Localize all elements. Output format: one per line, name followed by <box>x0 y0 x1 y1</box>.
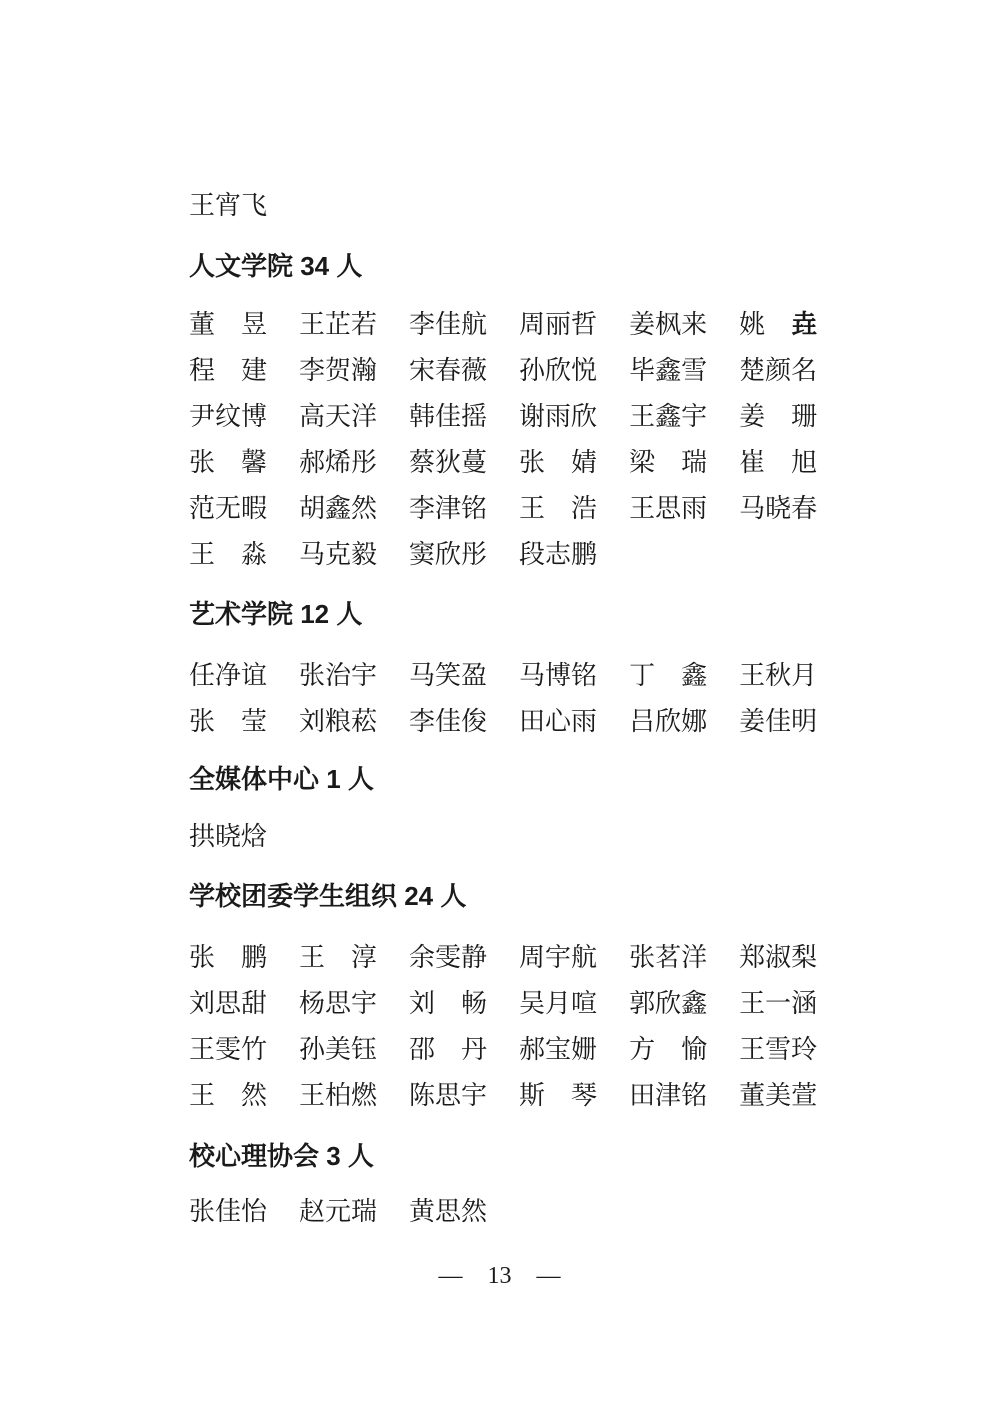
student-name: 张佳怡 <box>189 1199 267 1225</box>
student-name-part-bold: 垚 <box>791 310 817 340</box>
student-name: 郑淑梨 <box>739 945 817 971</box>
student-name: 高天洋 <box>299 404 377 430</box>
student-name: 张治宇 <box>299 663 377 689</box>
name-row: 刘思甜 杨思宇 刘 畅 吴月喧 郭欣鑫 王一涵 <box>189 991 829 1017</box>
student-name: 陈思宇 <box>409 1083 487 1109</box>
student-name: 王一涵 <box>739 991 817 1017</box>
student-name: 段志鹏 <box>519 542 597 568</box>
section-heading-psychology-association: 校心理协会 3 人 <box>189 1143 829 1170</box>
student-name: 赵元瑞 <box>299 1199 377 1225</box>
student-name: 宋春薇 <box>409 358 487 384</box>
name-row: 王雯竹 孙美钰 邵 丹 郝宝姗 方 愉 王雪玲 <box>189 1037 829 1063</box>
student-name: 刘思甜 <box>189 991 267 1017</box>
name-row: 任净谊 张治宇 马笑盈 马博铭 丁 鑫 王秋月 <box>189 663 829 689</box>
student-name: 马克毅 <box>299 542 377 568</box>
page-content: 王宵飞 人文学院 34 人 董 昱 王芷若 李佳航 周丽哲 姜枫来 姚 垚 程 … <box>189 193 829 1225</box>
student-name: 余雯静 <box>409 945 487 971</box>
student-name: 张茗洋 <box>629 945 707 971</box>
document-page: 王宵飞 人文学院 34 人 董 昱 王芷若 李佳航 周丽哲 姜枫来 姚 垚 程 … <box>0 0 999 1414</box>
student-name: 吴月喧 <box>519 991 597 1017</box>
name-row: 张 鹏 王 淳 余雯静 周宇航 张茗洋 郑淑梨 <box>189 945 829 971</box>
student-name: 马笑盈 <box>409 663 487 689</box>
student-name: 郝宝姗 <box>519 1037 597 1063</box>
student-name: 王 浩 <box>519 496 597 522</box>
page-number: 13 <box>488 1262 512 1290</box>
student-name: 范无暇 <box>189 496 267 522</box>
student-name: 郝烯彤 <box>299 450 377 476</box>
student-name: 姜 珊 <box>739 404 817 430</box>
name-row: 张佳怡 赵元瑞 黄思然 <box>189 1199 829 1225</box>
student-name: 周丽哲 <box>519 312 597 338</box>
student-name: 刘 畅 <box>409 991 487 1017</box>
student-name: 韩佳摇 <box>409 404 487 430</box>
student-name: 刘粮菘 <box>299 709 377 735</box>
student-name: 王柏燃 <box>299 1083 377 1109</box>
student-name: 姜枫来 <box>629 312 707 338</box>
student-name: 张 婧 <box>519 450 597 476</box>
student-name: 任净谊 <box>189 663 267 689</box>
student-name: 胡鑫然 <box>299 496 377 522</box>
name-row: 程 建 李贺瀚 宋春薇 孙欣悦 毕鑫雪 楚颜名 <box>189 358 829 384</box>
student-name: 董 昱 <box>189 312 267 338</box>
student-name: 尹纹博 <box>189 404 267 430</box>
section-heading-humanities: 人文学院 34 人 <box>189 253 829 280</box>
student-name: 周宇航 <box>519 945 597 971</box>
student-name: 杨思宇 <box>299 991 377 1017</box>
name-row: 范无暇 胡鑫然 李津铭 王 浩 王思雨 马晓春 <box>189 496 829 522</box>
student-name: 张 鹏 <box>189 945 267 971</box>
student-name: 马晓春 <box>739 496 817 522</box>
student-name: 李佳俊 <box>409 709 487 735</box>
continuation-name: 王宵飞 <box>189 193 829 219</box>
student-name: 李佳航 <box>409 312 487 338</box>
student-name: 张 莹 <box>189 709 267 735</box>
student-name: 王雪玲 <box>739 1037 817 1063</box>
student-name: 李津铭 <box>409 496 487 522</box>
student-name: 蔡狄蔓 <box>409 450 487 476</box>
name-row: 王 然 王柏燃 陈思宇 斯 琴 田津铭 董美萱 <box>189 1083 829 1109</box>
student-name: 田心雨 <box>519 709 597 735</box>
student-name: 丁 鑫 <box>629 663 707 689</box>
student-name: 程 建 <box>189 358 267 384</box>
student-name: 王 淼 <box>189 542 267 568</box>
student-name: 郭欣鑫 <box>629 991 707 1017</box>
student-name: 田津铭 <box>629 1083 707 1109</box>
name-row: 张 莹 刘粮菘 李佳俊 田心雨 吕欣娜 姜佳明 <box>189 709 829 735</box>
student-name: 马博铭 <box>519 663 597 689</box>
student-name: 王 然 <box>189 1083 267 1109</box>
student-name: 斯 琴 <box>519 1083 597 1109</box>
student-name: 王芷若 <box>299 312 377 338</box>
student-name: 拱晓焓 <box>189 824 267 850</box>
student-name: 张 馨 <box>189 450 267 476</box>
student-name: 谢雨欣 <box>519 404 597 430</box>
student-name: 姜佳明 <box>739 709 817 735</box>
name-row: 董 昱 王芷若 李佳航 周丽哲 姜枫来 姚 垚 <box>189 312 829 338</box>
student-name: 王秋月 <box>739 663 817 689</box>
student-name: 王鑫宇 <box>629 404 707 430</box>
student-name: 李贺瀚 <box>299 358 377 384</box>
student-name: 王雯竹 <box>189 1037 267 1063</box>
student-name: 方 愉 <box>629 1037 707 1063</box>
student-name: 梁 瑞 <box>629 450 707 476</box>
student-name: 董美萱 <box>739 1083 817 1109</box>
footer-dash-left: — <box>439 1262 463 1290</box>
student-name: 邵 丹 <box>409 1037 487 1063</box>
student-name: 王思雨 <box>629 496 707 522</box>
student-name: 王 淳 <box>299 945 377 971</box>
student-name: 孙美钰 <box>299 1037 377 1063</box>
student-name: 毕鑫雪 <box>629 358 707 384</box>
student-name: 崔 旭 <box>739 450 817 476</box>
student-name: 孙欣悦 <box>519 358 597 384</box>
student-name-part: 姚 <box>739 310 791 339</box>
student-name: 姚 垚 <box>739 312 817 338</box>
student-name: 黄思然 <box>409 1199 487 1225</box>
name-row: 张 馨 郝烯彤 蔡狄蔓 张 婧 梁 瑞 崔 旭 <box>189 450 829 476</box>
name-row: 拱晓焓 <box>189 824 829 850</box>
name-row: 尹纹博 高天洋 韩佳摇 谢雨欣 王鑫宇 姜 珊 <box>189 404 829 430</box>
student-name: 窦欣彤 <box>409 542 487 568</box>
section-heading-art: 艺术学院 12 人 <box>189 601 829 628</box>
name-row: 王 淼 马克毅 窦欣彤 段志鹏 <box>189 542 829 568</box>
footer-dash-right: — <box>537 1262 561 1290</box>
section-heading-media-center: 全媒体中心 1 人 <box>189 766 829 793</box>
student-name: 楚颜名 <box>739 358 817 384</box>
section-heading-youth-league: 学校团委学生组织 24 人 <box>189 883 829 910</box>
student-name: 吕欣娜 <box>629 709 707 735</box>
page-footer: — 13 — <box>0 1262 999 1290</box>
